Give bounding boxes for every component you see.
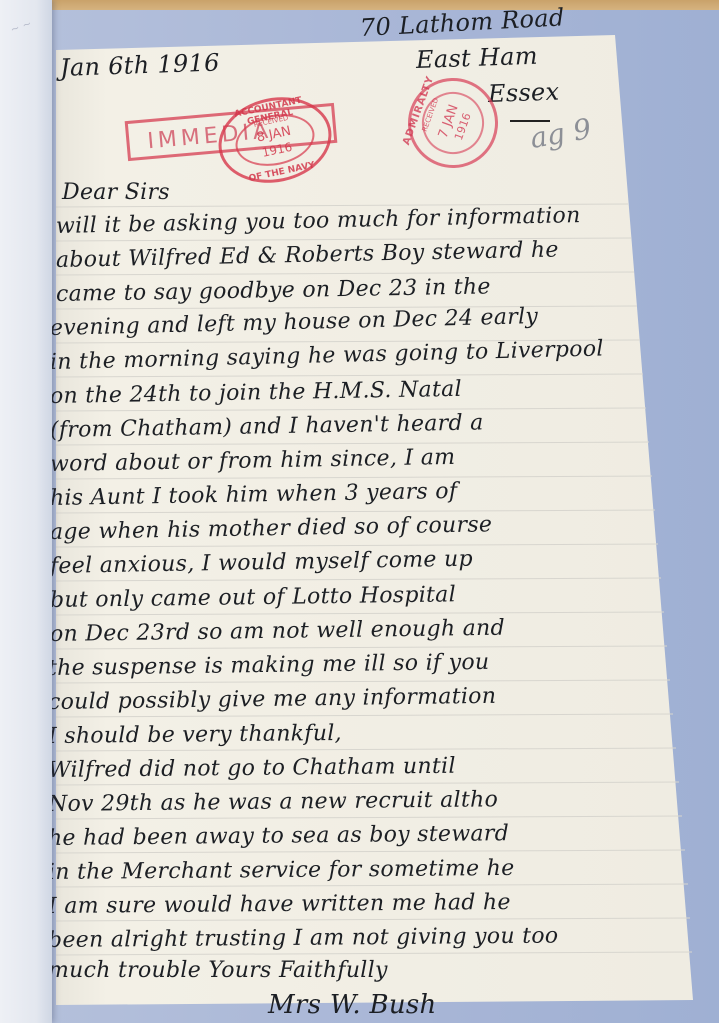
salutation: Dear Sirs	[62, 180, 170, 205]
body-line: much trouble Yours Faithfully	[48, 958, 388, 983]
address-line-2: East Ham	[416, 42, 539, 74]
signature: Mrs W. Bush	[268, 990, 437, 1020]
bleed-through-text: ~ ~	[8, 17, 33, 37]
letter-sheet: Jan 6th 1916 70 Lathom Road East Ham Ess…	[48, 0, 719, 1023]
body-line: I should be very thankful,	[48, 721, 342, 749]
adjacent-page: ~ ~	[0, 0, 52, 1023]
body-line: he had been away to sea as boy steward	[48, 821, 509, 851]
body-line: in the Merchant service for sometime he	[48, 856, 515, 885]
address-line-3: Essex	[488, 78, 560, 108]
body-line: Wilfred did not go to Chatham until	[48, 754, 456, 783]
body-line: Nov 29th as he was a new recruit altho	[48, 787, 498, 817]
letter-date: Jan 6th 1916	[60, 48, 221, 82]
body-line: I am sure would have written me had he	[48, 890, 511, 919]
body-line: been alright trusting I am not giving yo…	[48, 924, 559, 953]
